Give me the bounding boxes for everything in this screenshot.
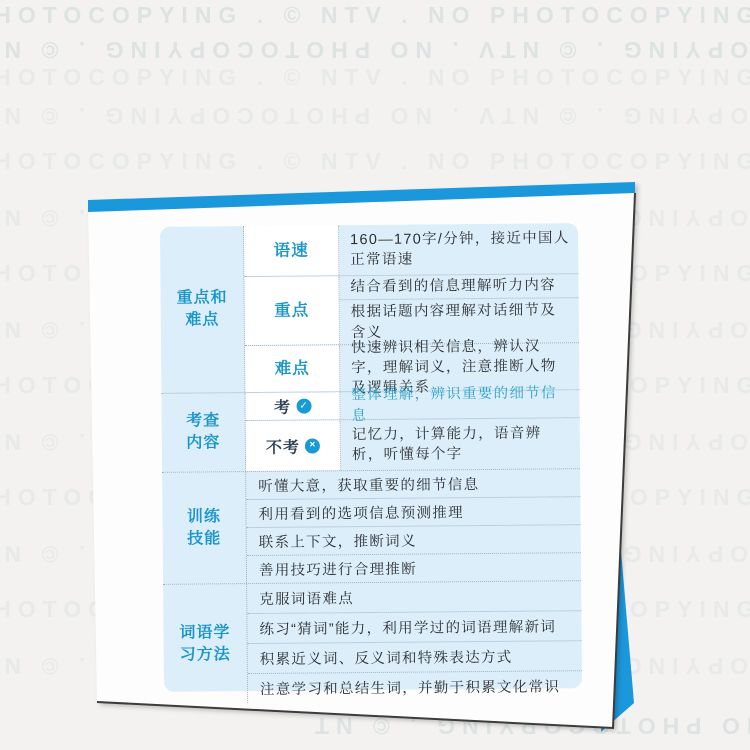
group-label-cell: 考查 内容 bbox=[161, 393, 246, 472]
study-table: 重点和 难点 语速 160—170字/分钟，接近中国人正常语速 重点 结合看到的… bbox=[160, 223, 582, 692]
table-group-exam-content: 考查 内容 考 ✓ 整体理解，辨识重要的细节信息 不考 × 记 bbox=[161, 389, 580, 472]
table-group-key-points: 重点和 难点 语速 160—170字/分钟，接近中国人正常语速 重点 结合看到的… bbox=[160, 223, 579, 393]
cell-text: 结合看到的信息理解听力内容 bbox=[339, 273, 578, 299]
tag-cell: 重点 bbox=[244, 276, 340, 345]
tag-label: 重点 bbox=[274, 299, 309, 322]
cell-text: 记忆力，计算能力，语音辨析，听懂每个字 bbox=[341, 418, 580, 470]
cell-text: 160—170字/分钟，接近中国人正常语速 bbox=[339, 223, 578, 275]
table-row: 克服词语难点 bbox=[247, 581, 581, 613]
group-label: 训练 技能 bbox=[187, 506, 221, 549]
cross-icon: × bbox=[305, 438, 320, 453]
group-label: 考查 内容 bbox=[186, 411, 220, 454]
table-row: 练习“猜词”能力，利用学过的词语理解新词 bbox=[247, 610, 581, 643]
tag-label: 不考 bbox=[266, 434, 300, 457]
table-row: 联系上下文，推断词义 bbox=[247, 524, 581, 555]
tag-cell: 难点 bbox=[245, 345, 340, 392]
tag-cell: 不考 × bbox=[246, 420, 341, 471]
table-row: 注意学习和总结生词，并勤于积累文化常识 bbox=[248, 670, 582, 703]
table-group-training-skills: 训练 技能 听懂大意，获取重要的细节信息 利用看到的选项信息预测推理 联系上下文… bbox=[162, 468, 581, 584]
table-row: 不考 × 记忆力，计算能力，语音辨析，听懂每个字 bbox=[246, 417, 580, 471]
group-label-cell: 词语学 习方法 bbox=[163, 584, 248, 704]
table-row: 积累近义词、反义词和特殊表达方式 bbox=[248, 640, 582, 673]
group-label-cell: 训练 技能 bbox=[162, 472, 247, 584]
table-row: 善用技巧进行合理推断 bbox=[247, 552, 581, 583]
table-group-vocab-methods: 词语学 习方法 克服词语难点 练习“猜词”能力，利用学过的词语理解新词 积累近义… bbox=[163, 580, 582, 704]
table-row: 利用看到的选项信息预测推理 bbox=[246, 496, 580, 527]
tag-label: 考 bbox=[274, 395, 291, 418]
tag-cell: 语速 bbox=[244, 225, 339, 276]
tag-cell: 考 ✓ bbox=[245, 392, 340, 420]
tag-label: 难点 bbox=[275, 357, 310, 380]
table-row: 语速 160—170字/分钟，接近中国人正常语速 bbox=[244, 223, 578, 276]
table-row: 听懂大意，获取重要的细节信息 bbox=[246, 469, 580, 499]
check-icon: ✓ bbox=[296, 399, 311, 414]
group-label: 重点和 难点 bbox=[176, 288, 227, 332]
group-label-cell: 重点和 难点 bbox=[160, 226, 245, 393]
group-label: 词语学 习方法 bbox=[179, 622, 230, 666]
table-row: 考 ✓ 整体理解，辨识重要的细节信息 bbox=[245, 390, 579, 420]
tag-label: 语速 bbox=[274, 239, 309, 262]
